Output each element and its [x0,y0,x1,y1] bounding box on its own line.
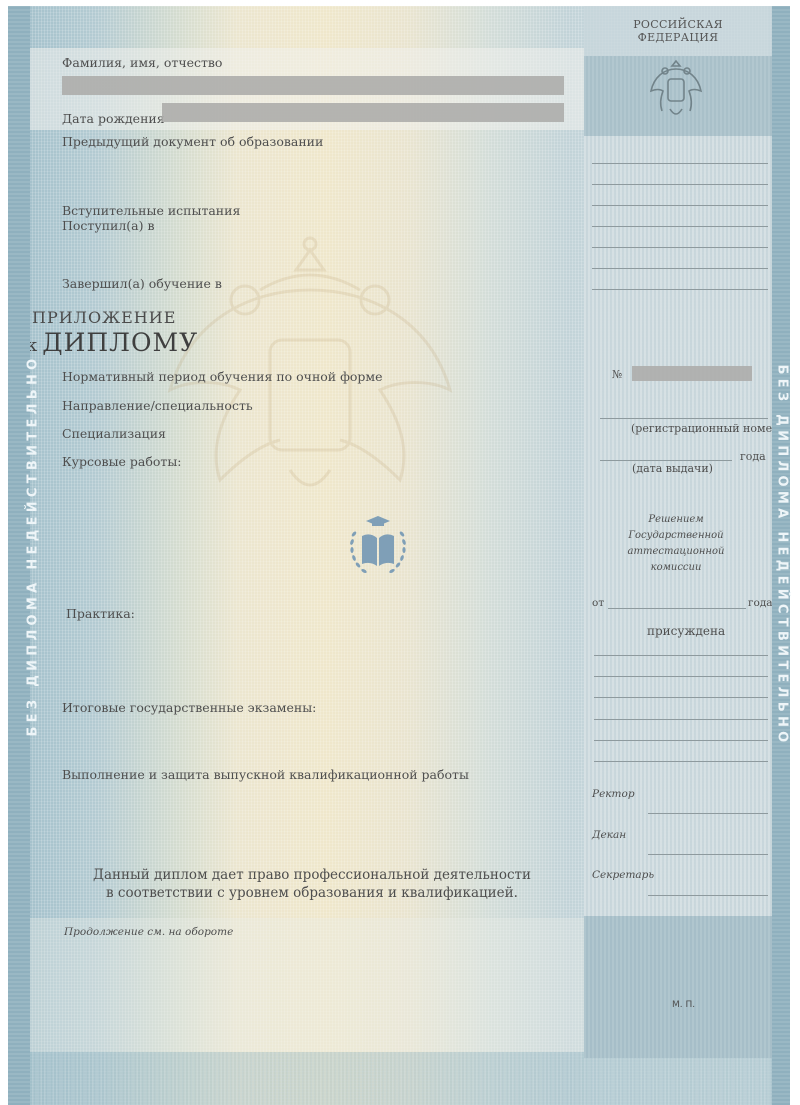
qualification-line [594,655,768,656]
secretary-label: Секретарь [592,869,654,881]
country-line2: ФЕДЕРАЦИЯ [584,31,772,44]
ruled-line [592,184,768,185]
ruled-line [592,247,768,248]
rector-signature-line [648,813,768,814]
birth-date-label: Дата рождения [62,111,165,126]
ruled-line [592,268,768,269]
reg-number-caption: (регистрационный номер) [631,422,783,435]
issue-date-caption: (дата выдачи) [632,462,713,475]
rights-statement-line2: в соответствии с уровнем образования и к… [62,884,562,902]
left-warning-text: БЕЗ ДИПЛОМА НЕДЕЙСТВИТЕЛЬНО [26,346,41,746]
commission-decision: Решением Государственной аттестационной … [594,512,758,576]
from-word: от [592,597,604,609]
practice-label: Практика: [66,606,135,621]
decision-line1: Решением [594,512,758,528]
normative-period-label: Нормативный период обучения по очной фор… [62,369,383,384]
coat-of-arms-emblem-icon [648,57,704,123]
rights-statement: Данный диплом дает право профессионально… [62,866,562,902]
education-logo-icon [348,510,408,580]
qualification-line [594,676,768,677]
ruled-line [592,163,768,164]
birth-date-value-redacted [162,103,564,122]
decision-line2: Государственной [594,528,758,544]
coursework-label: Курсовые работы: [62,454,182,469]
ruled-line [592,226,768,227]
continuation-band [30,918,584,1052]
decision-line3: аттестационной [594,544,758,560]
supplement-title-line1: ПРИЛОЖЕНИЕ [32,308,176,327]
state-exams-label: Итоговые государственные экзамены: [62,700,316,715]
ruled-line [592,289,768,290]
number-sign: № [612,368,622,381]
awarded-word: присуждена [647,624,725,638]
country-line1: РОССИЙСКАЯ [584,18,772,31]
seal-place-label: М. П. [672,1000,695,1010]
rector-label: Ректор [592,788,635,800]
country-header: РОССИЙСКАЯ ФЕДЕРАЦИЯ [584,6,772,56]
previous-document-label: Предыдущий документ об образовании [62,134,323,149]
completed-label: Завершил(а) обучение в [62,276,222,291]
ruled-line [592,205,768,206]
full-name-label: Фамилия, имя, отчество [62,55,222,70]
qualification-line [594,719,768,720]
issue-date-line [600,460,732,461]
direction-specialty-label: Направление/специальность [62,398,253,413]
qualification-line [594,740,768,741]
continued-note: Продолжение см. на обороте [64,926,233,938]
thesis-label: Выполнение и защита выпускной квалификац… [62,767,469,782]
supplement-title-word: ДИПЛОМУ [42,328,198,357]
specialization-label: Специализация [62,426,166,441]
dean-signature-line [648,854,768,855]
dean-label: Декан [592,829,626,841]
rights-statement-line1: Данный диплом дает право профессионально… [62,866,562,884]
qualification-line [594,697,768,698]
secretary-signature-line [648,895,768,896]
year-word-2: года [748,597,773,609]
seal-area [584,916,772,1058]
supplement-number-redacted [632,366,752,381]
reg-number-line [600,418,768,419]
year-word: года [740,450,766,463]
right-warning-text: БЕЗ ДИПЛОМА НЕДЕЙСТВИТЕЛЬНО [775,356,790,756]
full-name-value-redacted [62,76,564,95]
qualification-line [594,761,768,762]
decision-line4: комиссии [594,560,758,576]
decision-date-line [608,608,746,609]
enrolled-label: Поступил(а) в [62,218,155,233]
supplement-title-line2: кДИПЛОМУ [26,328,198,357]
entrance-exams-label: Вступительные испытания [62,203,240,218]
